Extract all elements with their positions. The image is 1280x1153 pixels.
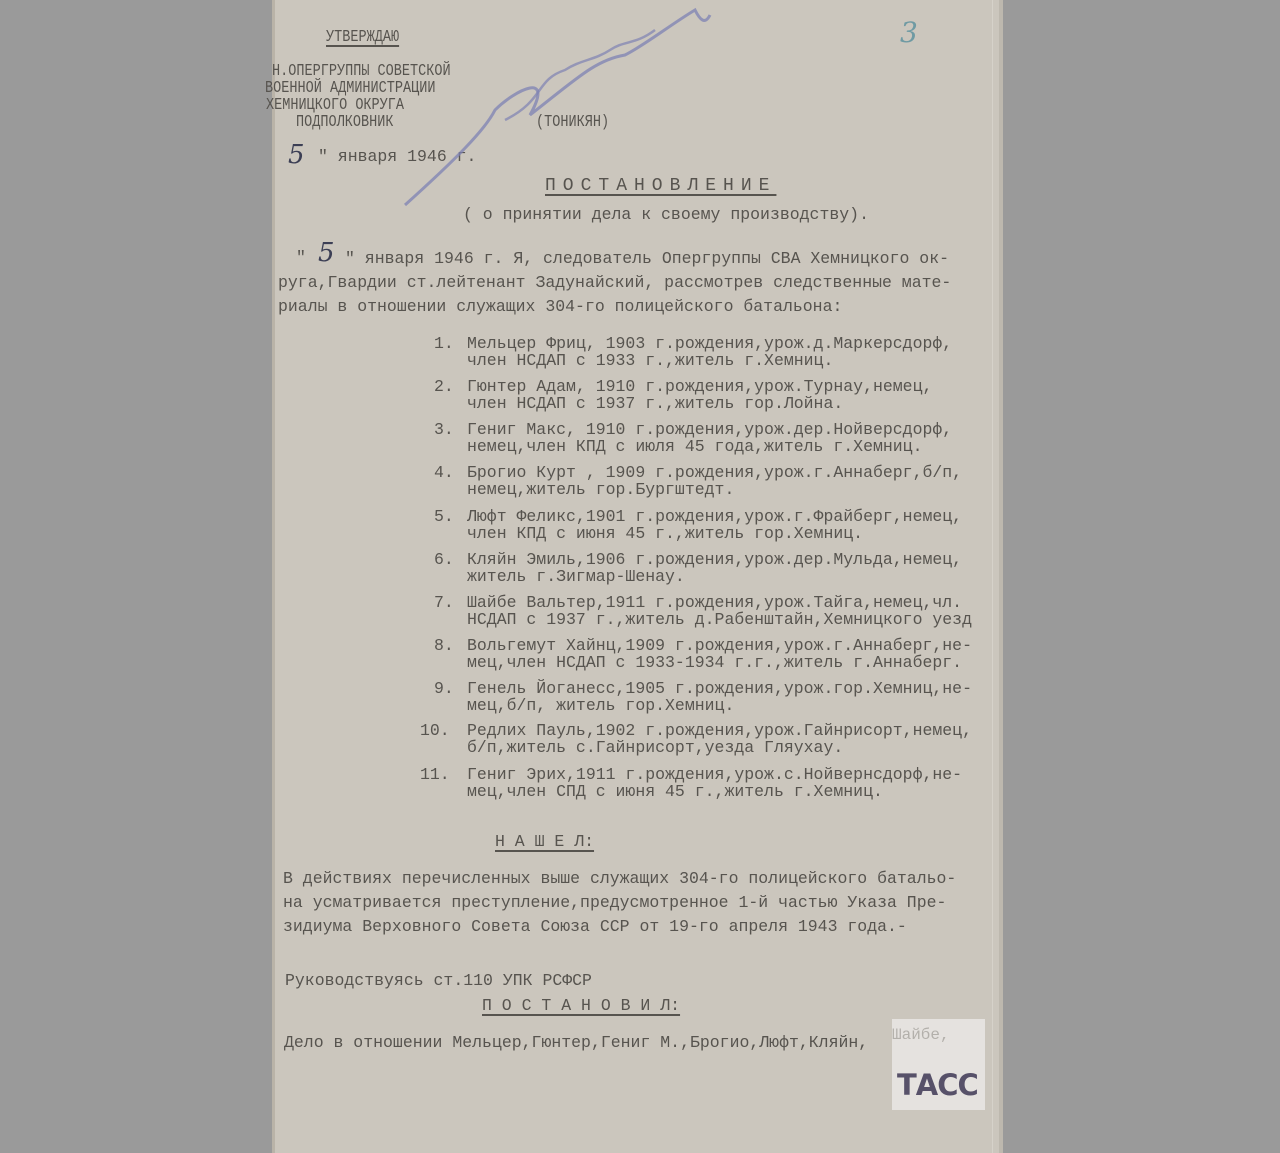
list-item-line-2: б/п,житель с.Гайнрисорт,уезда Гляухау. [467,738,843,757]
list-item-line-2: НСДАП с 1937 г.,житель д.Рабенштайн,Хемн… [467,610,972,629]
list-item-line-2: житель г.Зигмар-Шенау. [467,567,685,586]
list-item-number: 8. [434,636,454,655]
tass-logo: ТАСС [897,1068,978,1102]
list-item-number: 9. [434,679,454,698]
page-number-mark: 3 [900,16,918,49]
list-item-line-2: член НСДАП с 1937 г.,житель гор.Лойна. [467,394,843,413]
decided-heading: П О С Т А Н О В И Л: [482,996,680,1015]
approval-date: " января 1946 г. [318,147,476,166]
document-subtitle: ( о принятии дела к своему производству)… [463,205,869,224]
found-line-2: на усматривается преступление,предусмотр… [283,893,946,912]
list-item-line-2: мец,б/п, житель гор.Хемниц. [467,696,734,715]
list-item-line-2: немец,житель гор.Бургштедт. [467,480,734,499]
list-item-number: 2. [434,377,454,396]
found-line-3: зидиума Верховного Совета Союза ССР от 1… [283,917,907,936]
approver-name: (ТОНИКЯН) [536,112,609,131]
list-item-line-2: член НСДАП с 1933 г.,житель г.Хемниц. [467,351,833,370]
list-item-number: 5. [434,507,454,526]
list-item-number: 4. [434,463,454,482]
list-item-number: 6. [434,550,454,569]
list-item-line-2: немец,член КПД с июля 45 года,житель г.Х… [467,437,922,456]
list-item-number: 10. [420,721,450,740]
guided-by-line: Руководствуясь ст.110 УПК РСФСР [285,971,592,990]
list-item-number: 1. [434,334,454,353]
decision-line-faded: Шайбе, [892,1026,950,1044]
list-item-line-2: мец,член НСДАП с 1933-1934 г.г.,житель г… [467,653,962,672]
approval-day-handwritten: 5 [288,140,305,170]
document-title: ПОСТАНОВЛЕНИЕ [545,176,776,196]
found-heading: Н А Ш Е Л: [495,832,594,851]
list-item-number: 3. [434,420,454,439]
decision-line: Дело в отношении Мельцер,Гюнтер,Гениг М.… [284,1033,868,1052]
intro-line-1: " января 1946 г. Я, следователь Опергруп… [345,249,949,268]
found-line-1: В действиях перечисленных выше служащих … [283,869,956,888]
approval-heading: УТВЕРЖДАЮ [326,27,399,46]
intro-day-handwritten: 5 [318,238,335,268]
intro-line-2: руга,Гвардии ст.лейтенант Задунайский, р… [278,273,951,292]
list-item-number: 7. [434,593,454,612]
list-item-line-2: мец,член СПД с июня 45 г.,житель г.Хемни… [467,782,883,801]
list-item-number: 11. [420,765,450,784]
intro-line-3: риалы в отношении служащих 304-го полице… [278,297,842,316]
list-item-line-2: член КПД с июня 45 г.,житель гор.Хемниц. [467,524,863,543]
approval-line-4: ПОДПОЛКОВНИК [296,112,393,131]
